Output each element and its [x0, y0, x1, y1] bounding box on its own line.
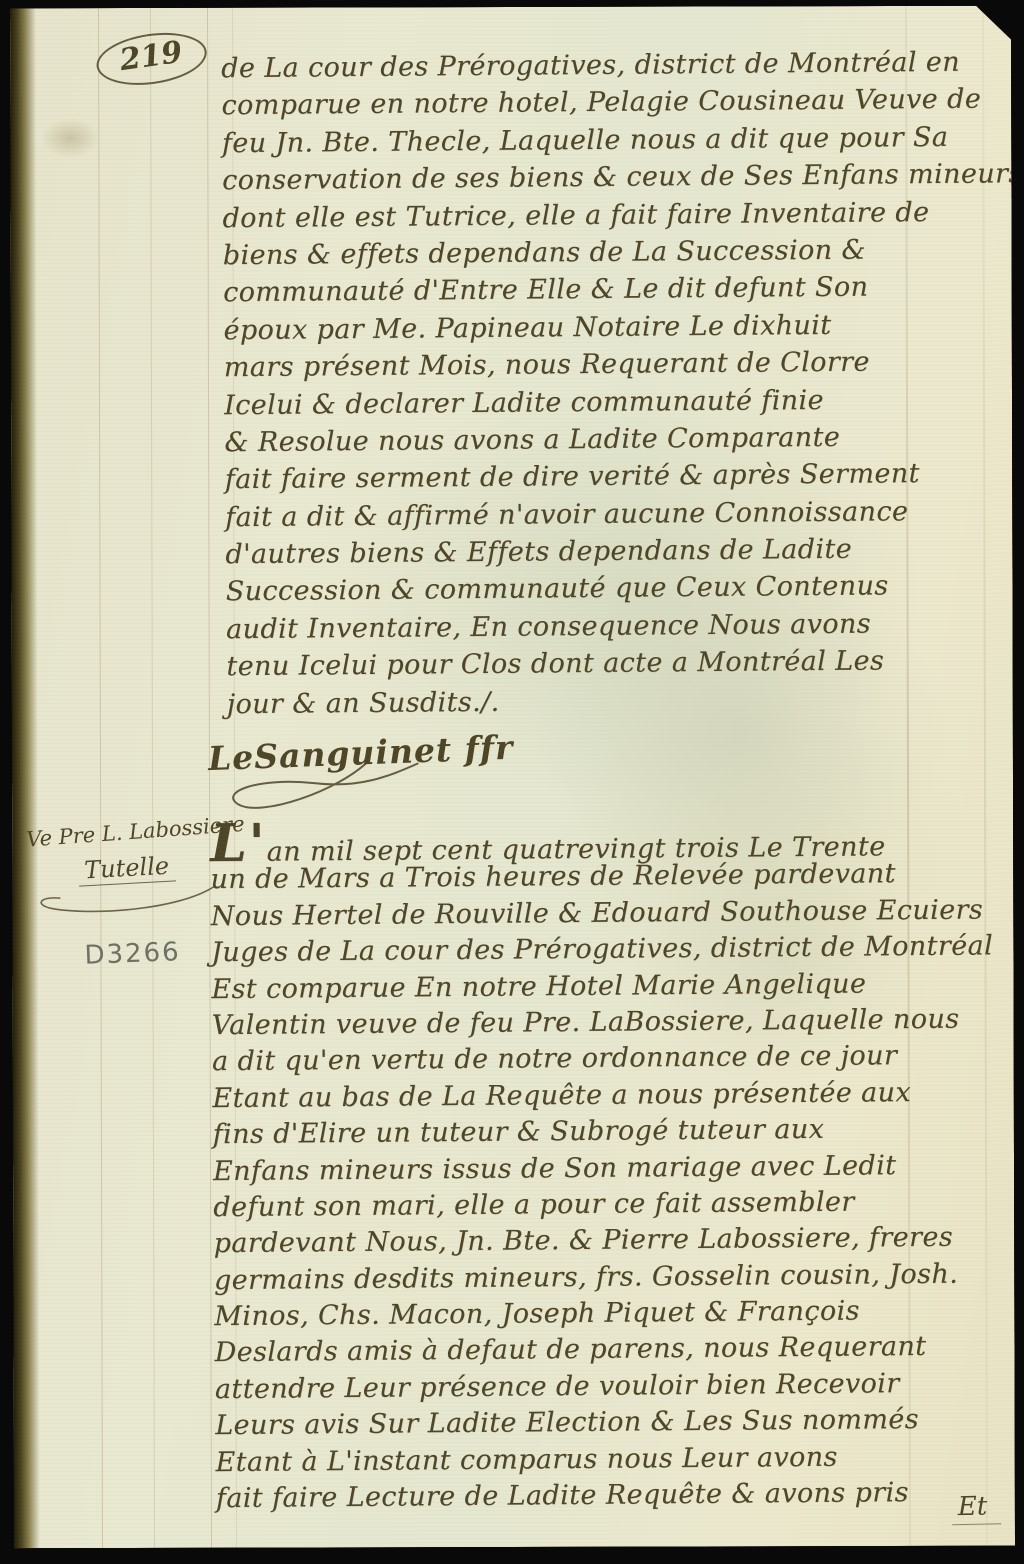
manuscript-line: germains desdits mineurs, frs. Gosselin … [214, 1256, 996, 1299]
manuscript-line: fait a dit & affirmé n'avoir aucune Conn… [225, 492, 1015, 536]
scanned-manuscript-page: 219 de La cour des Prérogatives, distric… [0, 0, 1024, 1564]
clerk-signature: LeSanguinet ffr [207, 728, 514, 778]
paper-sheet: 219 de La cour des Prérogatives, distric… [10, 6, 1015, 1549]
paper-stain [40, 118, 100, 158]
entry2-text: L'an mil sept cent quatrevingt trois Le … [210, 819, 998, 1517]
entry1-text: de La cour des Prérogatives, district de… [221, 43, 1015, 723]
catchword: Et [952, 1491, 1002, 1525]
margin-note-type: Tutelle [77, 851, 175, 886]
manuscript-line: Leurs avis Sur Ladite Election & Les Sus… [215, 1402, 997, 1445]
margin-flourish-icon [30, 884, 220, 918]
manuscript-line: Enfans mineurs issus de Son mariage avec… [213, 1147, 995, 1190]
margin-annotation: Ve Pre L. Labossiere Tutelle D3266 [26, 820, 236, 969]
manuscript-line: fait faire Lecture de Ladite Requête & a… [216, 1474, 998, 1517]
manuscript-line: Etant au bas de La Requête a nous présen… [212, 1074, 994, 1117]
margin-rule-line [150, 8, 155, 1548]
manuscript-line: dont elle est Tutrice, elle a fait faire… [222, 193, 1015, 237]
manuscript-line: jour & an Susdits./. [227, 679, 1015, 723]
binding-edge [10, 8, 40, 1548]
manuscript-line: Juges de La cour des Prérogatives, distr… [211, 929, 993, 972]
manuscript-line: conservation de ses biens & ceux de Ses … [222, 155, 1015, 199]
margin-rule-line [98, 8, 103, 1548]
page-number: 219 [93, 26, 210, 91]
manuscript-line: fait faire serment de dire verité & aprè… [225, 455, 1015, 499]
